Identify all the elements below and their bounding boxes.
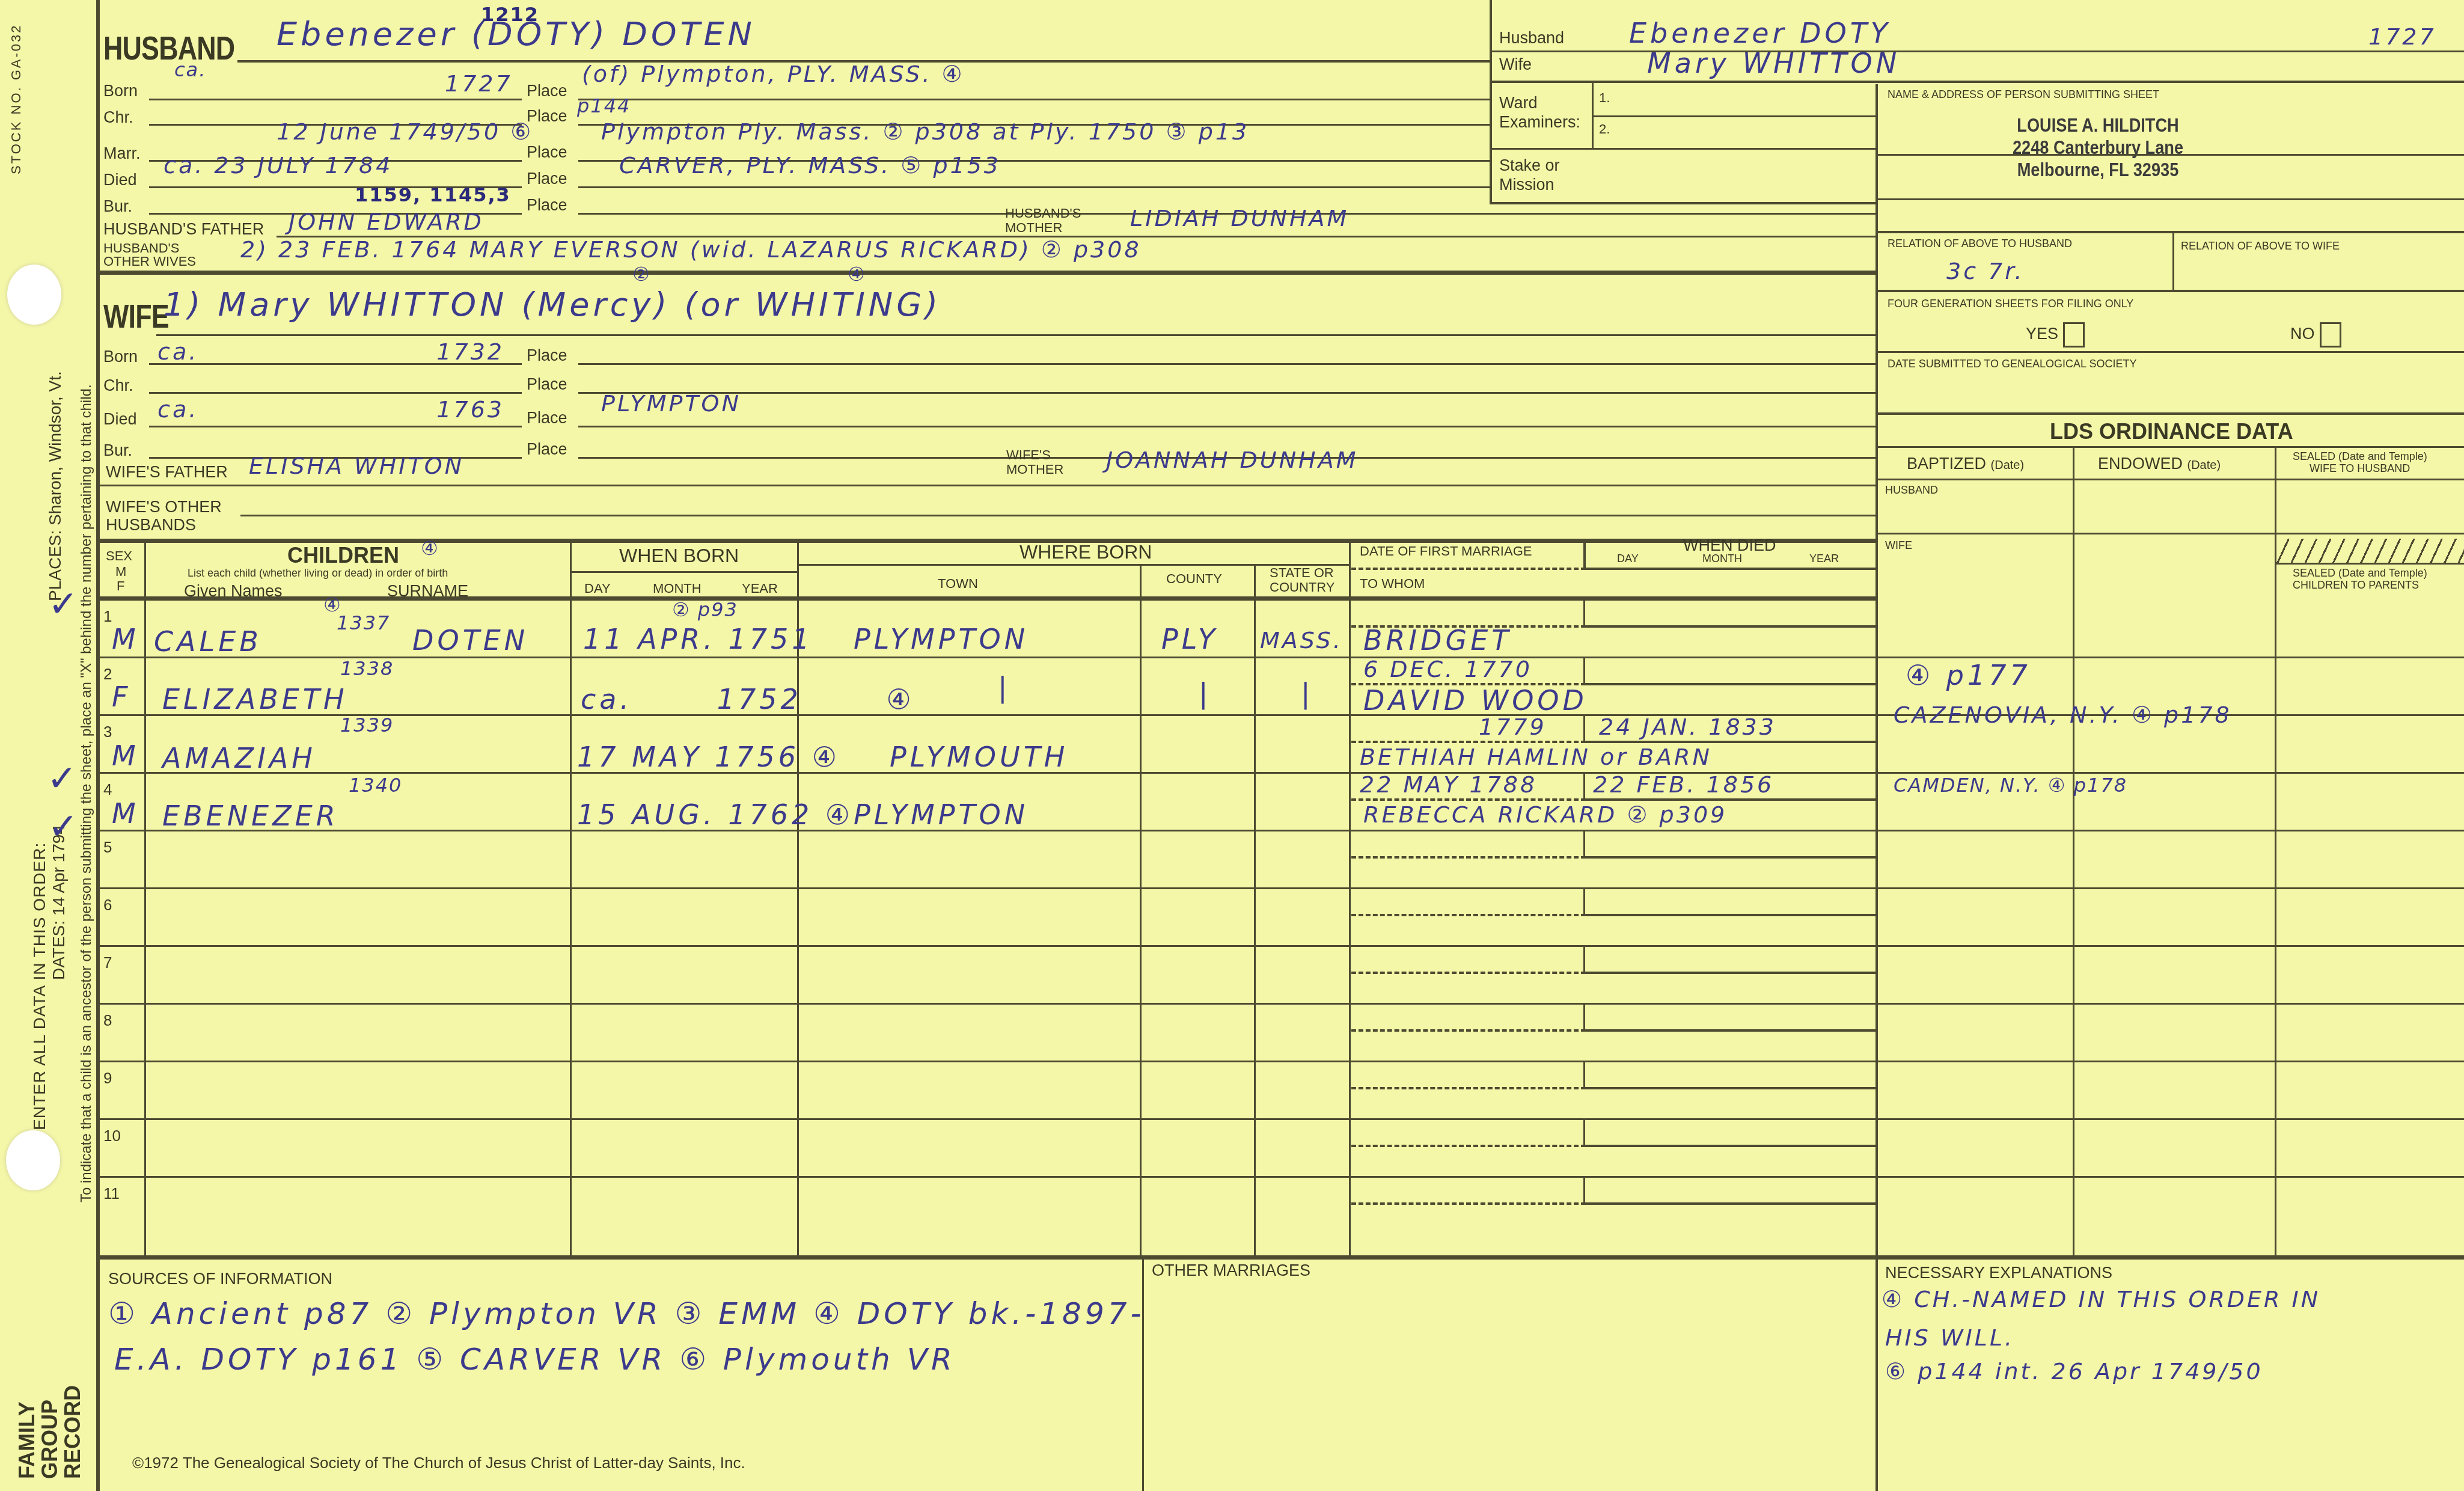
husband-died-label: Died: [103, 172, 137, 188]
date-submitted-label: DATE SUBMITTED TO GENEALOGICAL SOCIETY: [1888, 358, 2136, 369]
row-number: 3: [103, 723, 112, 741]
died-box-left: [1583, 1061, 1585, 1088]
side-dates: DATES: 14 Apr 1794: [49, 825, 69, 980]
died-box-left: [1583, 1003, 1585, 1030]
header-husband-year[interactable]: 1727: [2368, 25, 2436, 48]
child-sex[interactable]: F: [112, 683, 131, 711]
husband-marr-place-annotation: p144: [577, 96, 631, 115]
left-border: [96, 0, 100, 1491]
marriage-dash: [1351, 1029, 1586, 1032]
header-husband-line: [1490, 51, 2464, 52]
died-box-bottom: [1583, 1087, 1876, 1089]
when-born-subline: [570, 571, 797, 573]
child-id: 1339: [340, 715, 394, 735]
row-number: 9: [103, 1069, 112, 1088]
row-line: [100, 657, 2464, 658]
child-ordinance[interactable]: CAZENOVIA, N.Y. ④ p178: [1894, 703, 2232, 726]
husband-father[interactable]: JOHN EDWARD: [289, 210, 484, 233]
four-gen-label: FOUR GENERATION SHEETS FOR FILING ONLY: [1888, 298, 2133, 309]
died-box-bottom: [1583, 914, 1876, 916]
wife-father-label: WIFE'S FATHER: [106, 464, 228, 480]
relation-bottom: [1876, 290, 2464, 292]
hatch-line: [2276, 563, 2464, 565]
child-ordinance[interactable]: CAMDEN, N.Y. ④ p178: [1894, 776, 2127, 795]
children-header-annotation: ④: [421, 539, 439, 558]
died-box-left: [1583, 599, 1585, 626]
submitter-city: Melbourne, FL 32935: [2006, 159, 2190, 181]
row-number: 4: [103, 780, 112, 799]
stake-bottom: [1490, 202, 1876, 204]
header-wife-line: [1490, 81, 2464, 83]
wife-section-bottom: [100, 539, 1876, 543]
husband-born-place-label: Place: [527, 83, 567, 99]
children-header: CHILDREN: [287, 545, 399, 566]
sealed-children-header-2: CHILDREN TO PARENTS: [2293, 580, 2419, 590]
died-box-bottom: [1583, 856, 1876, 859]
sources-line-2[interactable]: E.A. DOTY p161 ⑤ CARVER VR ⑥ Plymouth VR: [114, 1344, 956, 1374]
ordinance-title: LDS ORDINANCE DATA: [2050, 421, 2293, 442]
wife-chr-label: Chr.: [103, 378, 133, 394]
died-month-header: MONTH: [1702, 553, 1742, 564]
wife-died-place-label: Place: [527, 410, 567, 426]
col-county: [1254, 565, 1256, 1257]
child-county[interactable]: PLY: [1161, 625, 1218, 653]
where-born-header: WHERE BORN: [1020, 542, 1152, 562]
wife-born-place-line: [578, 363, 1876, 365]
marriage-dash: [1351, 798, 1586, 801]
marriage-dash: [1351, 625, 1586, 628]
born-day-header: DAY: [584, 582, 611, 595]
row-line: [100, 945, 2464, 947]
child-spouse[interactable]: BRIDGET: [1363, 626, 1512, 654]
wife-other-husbands-line: [240, 515, 1876, 516]
husband-born-prefix[interactable]: ca.: [174, 60, 206, 79]
sex-header-2: M: [115, 565, 126, 578]
child-born[interactable]: 15 AUG. 1762 ④: [577, 801, 854, 828]
born-year-header: YEAR: [742, 582, 778, 595]
husband-other-wives-label-2: OTHER WIVES: [103, 255, 196, 268]
punch-hole-top: [7, 265, 61, 325]
submitter-label: NAME & ADDRESS OF PERSON SUBMITTING SHEE…: [1888, 89, 2159, 100]
stake-label-1: Stake or: [1499, 158, 1560, 174]
to-whom-header: TO WHOM: [1360, 577, 1425, 590]
child-sex[interactable]: M: [112, 742, 139, 770]
ward-line-1: [1592, 115, 1876, 117]
ward-examiner-2[interactable]: 2.: [1599, 123, 1610, 136]
born-month-header: MONTH: [653, 582, 702, 595]
stake-label-2: Mission: [1499, 177, 1555, 193]
husband-section-bottom: [100, 271, 1876, 275]
child-given-name[interactable]: EBENEZER: [162, 802, 339, 830]
husband-bur-place-label: Place: [527, 197, 567, 213]
form-title: FAMILY GROUP RECORD: [16, 1323, 84, 1479]
four-gen-no[interactable]: NO: [2290, 322, 2341, 347]
col-names: [570, 541, 572, 1257]
child-marriage-date[interactable]: 22 MAY 1788: [1360, 773, 1537, 796]
baptized-label: BAPTIZED: [1907, 455, 1986, 473]
children-header-bottom: [100, 596, 1876, 601]
marriage-dash: [1351, 1202, 1586, 1205]
child-marriage-date[interactable]: 6 DEC. 1770: [1363, 658, 1532, 681]
relation-husband-label: RELATION OF ABOVE TO HUSBAND: [1888, 238, 2072, 249]
child-spouse[interactable]: DAVID WOOD: [1363, 687, 1588, 714]
child-given-name[interactable]: AMAZIAH: [162, 744, 316, 772]
sealed-wife-header-2: WIFE TO HUSBAND: [2310, 463, 2410, 474]
wife-name-annotation-1: ②: [632, 265, 651, 284]
wife-chr-line: [149, 392, 522, 394]
state-header-1: STATE OR: [1270, 566, 1334, 580]
child-state[interactable]: |: [1301, 679, 1314, 707]
submitter-name: LOUISE A. HILDITCH: [2006, 114, 2190, 136]
husband-father-label: HUSBAND'S FATHER: [103, 221, 264, 237]
endowed-label: ENDOWED: [2098, 455, 2183, 473]
other-marriages-label: OTHER MARRIAGES: [1152, 1263, 1310, 1279]
explanations-line-3[interactable]: ⑥ p144 int. 26 Apr 1749/50: [1885, 1360, 2263, 1383]
child-surname[interactable]: DOTEN: [412, 626, 528, 654]
wife-name[interactable]: 1) Mary WHITTON (Mercy) (or WHITING): [164, 289, 941, 321]
husband-other-wives-label-1: HUSBAND'S: [103, 242, 179, 255]
child-county[interactable]: |: [1199, 679, 1212, 707]
wife-died-line: [149, 426, 522, 427]
child-ordinance[interactable]: ④ p177: [1906, 661, 2031, 689]
child-spouse[interactable]: BETHIAH HAMLIN or BARN: [1360, 745, 1712, 768]
child-given-name[interactable]: ELIZABETH: [162, 685, 348, 713]
title-line: GROUP: [37, 1400, 62, 1479]
husband-died-place[interactable]: CARVER, PLY. MASS. ⑤ p153: [619, 154, 1001, 177]
header-divider: [1490, 0, 1492, 204]
sources-line-1[interactable]: ① Ancient p87 ② Plympton VR ③ EMM ④ DOTY…: [108, 1299, 1145, 1329]
husband-died-date[interactable]: ca. 23 JULY 1784: [164, 154, 393, 177]
yes-label: YES: [2026, 325, 2058, 343]
child-town[interactable]: |: [998, 673, 1011, 701]
ordinance-col-1: [2073, 446, 2074, 1258]
col-sex: [144, 541, 146, 1257]
submitter-line-2: [1876, 198, 2464, 200]
side-order: ENTER ALL DATA IN THIS ORDER:: [30, 842, 49, 1130]
child-id: 1338: [340, 659, 394, 678]
ward-label-1: Ward: [1499, 95, 1538, 111]
four-gen-bottom: [1876, 351, 2464, 353]
children-note: List each child (whether living or dead)…: [188, 568, 448, 578]
side-places: PLACES: Sharon, Windsor, Vt.: [46, 371, 65, 601]
wife-died-place[interactable]: PLYMPTON: [601, 392, 741, 415]
ordinance-wife-row: WIFE: [1885, 540, 1912, 551]
husband-mother[interactable]: LIDIAH DUNHAM: [1130, 207, 1349, 230]
relation-wife-label: RELATION OF ABOVE TO WIFE: [2181, 240, 2340, 251]
died-box-bottom: [1583, 798, 1876, 801]
died-box-left: [1583, 772, 1585, 800]
explanations-line-2[interactable]: HIS WILL.: [1885, 1326, 2014, 1349]
row-line: [100, 1118, 2464, 1120]
child-born[interactable]: 17 MAY 1756 ④: [577, 743, 840, 771]
wife-father[interactable]: ELISHA WHITON: [249, 455, 464, 477]
child-sex[interactable]: M: [112, 800, 139, 827]
wife-parents-line: [100, 485, 1876, 486]
wife-other-husbands-label-2: HUSBANDS: [106, 517, 196, 533]
row-line: [100, 1003, 2464, 1005]
wife-mother-label-1: WIFE'S: [1006, 449, 1051, 462]
sources-label: SOURCES OF INFORMATION: [108, 1271, 332, 1287]
when-died-header: WHEN DIED: [1683, 537, 1776, 554]
died-box-left: [1583, 830, 1585, 857]
ward-divider: [1592, 82, 1594, 148]
row-number: 5: [103, 838, 112, 857]
died-box-left: [1583, 714, 1585, 742]
four-gen-yes[interactable]: YES: [2026, 322, 2085, 347]
wife-born-line: [149, 363, 522, 365]
when-died-bottom: [1583, 568, 1876, 570]
yes-checkbox[interactable]: [2063, 322, 2085, 347]
wife-bur-place-label: Place: [527, 441, 567, 458]
died-box-bottom: [1583, 1029, 1876, 1032]
row-number: 10: [103, 1127, 121, 1145]
husband-marr-label: Marr.: [103, 145, 141, 162]
explanations-label: NECESSARY EXPLANATIONS: [1885, 1265, 2112, 1281]
wife-name-annotation-2: ④: [848, 265, 866, 284]
row-number: 7: [103, 954, 112, 972]
no-checkbox[interactable]: [2320, 322, 2341, 347]
state-header-2: COUNTRY: [1270, 581, 1334, 594]
child-died[interactable]: 24 JAN. 1833: [1599, 715, 1776, 738]
title-line: FAMILY: [14, 1402, 39, 1479]
husband-bur-label: Bur.: [103, 198, 132, 215]
col-town: [1140, 565, 1142, 1257]
ordinance-header-line: [1876, 479, 2464, 480]
wife-born-place-label: Place: [527, 347, 567, 364]
town-header: TOWN: [938, 577, 978, 590]
copyright: ©1972 The Genealogical Society of The Ch…: [132, 1455, 745, 1471]
row-number: 1: [103, 607, 112, 626]
died-box-bottom: [1583, 625, 1876, 628]
husband-name-annotation: 1212: [481, 5, 539, 24]
ordinance-title-line: [1876, 446, 2464, 448]
wife-born-date[interactable]: ca. 1732: [157, 340, 504, 363]
submitter-line-1: [1876, 154, 2464, 156]
husband-born-line: [149, 99, 522, 100]
wife-name-line: [156, 334, 1876, 336]
wife-died-label: Died: [103, 411, 137, 427]
ward-label-2: Examiners:: [1499, 114, 1580, 130]
header-husband-label: Husband: [1499, 30, 1564, 46]
sealed-wife-header-1: SEALED (Date and Temple): [2293, 451, 2427, 462]
child-town[interactable]: PLYMOUTH: [890, 743, 1068, 771]
no-label: NO: [2290, 325, 2315, 343]
husband-mother-label-1: HUSBAND'S: [1005, 207, 1081, 220]
relation-divider: [2172, 232, 2174, 290]
col-state: [1349, 541, 1351, 1257]
child-born[interactable]: ca. 1752 ④: [581, 685, 915, 713]
child-sex[interactable]: M: [112, 625, 139, 653]
child-spouse[interactable]: REBECCA RICKARD ② p309: [1363, 803, 1727, 826]
husband-section-label: HUSBAND: [103, 31, 234, 65]
ancestor-check-mark: ✓: [48, 806, 78, 848]
died-box-bottom: [1583, 972, 1876, 974]
child-town[interactable]: PLYMPTON: [854, 625, 1029, 653]
first-marriage-header: DATE OF FIRST MARRIAGE: [1360, 545, 1532, 558]
header-wife-value[interactable]: Mary WHITTON: [1647, 49, 1900, 77]
col-ordinance-left: [1876, 541, 1877, 1257]
husband-died-place-line: [578, 186, 1490, 188]
child-marriage-date[interactable]: 1779: [1479, 715, 1547, 738]
date-note: (Date): [2187, 459, 2221, 472]
marriage-dash: [1351, 1087, 1586, 1089]
row-number: 8: [103, 1011, 112, 1030]
header-husband-value[interactable]: Ebenezer DOTY: [1629, 19, 1891, 47]
wife-chr-place-label: Place: [527, 376, 567, 393]
sealed-children-header-1: SEALED (Date and Temple): [2293, 568, 2427, 578]
husband-born-place[interactable]: (of) Plympton, PLY. MASS. ④: [582, 63, 965, 85]
endowed-header: ENDOWED (Date): [2098, 456, 2221, 472]
ordinance-husband-row: HUSBAND: [1885, 485, 1938, 495]
marriage-dash: [1351, 914, 1586, 916]
husband-marr-place[interactable]: Plympton Ply. Mass. ② p308 at Ply. 1750 …: [601, 120, 1249, 143]
county-header: COUNTY: [1166, 572, 1222, 586]
where-born-subline: [797, 564, 1349, 566]
when-born-header: WHEN BORN: [619, 546, 739, 565]
date-note: (Date): [1991, 459, 2025, 472]
husband-father-annotation: 1159, 1145,3: [355, 185, 511, 204]
explanations-line-1[interactable]: ④ CH.-NAMED IN THIS ORDER IN: [1882, 1288, 2320, 1311]
died-day-header: DAY: [1617, 553, 1639, 564]
wife-born-label: Born: [103, 349, 138, 365]
child-id: 1337: [337, 613, 390, 632]
husband-other-wives[interactable]: 2) 23 FEB. 1764 MARY EVERSON (wid. LAZAR…: [240, 238, 1142, 261]
row-line: [100, 887, 2464, 889]
husband-marr-date[interactable]: 12 June 1749/50 ⑥: [277, 120, 533, 143]
submitter-stamp: LOUISE A. HILDITCH 2248 Canterbury Lane …: [2006, 114, 2190, 180]
children-table-bottom: [100, 1255, 2464, 1260]
when-died-left: [1583, 541, 1586, 570]
died-box-left: [1583, 657, 1585, 684]
husband-died-place-label: Place: [527, 171, 567, 187]
row-number: 6: [103, 896, 112, 914]
died-box-bottom: [1583, 1202, 1876, 1205]
submitter-bottom: [1876, 231, 2464, 233]
relation-husband-value[interactable]: 3c 7r.: [1946, 260, 2025, 283]
died-box-left: [1583, 1176, 1585, 1204]
header-wife-label: Wife: [1499, 57, 1532, 73]
wife-section-label: WIFE: [103, 299, 169, 333]
died-year-header: YEAR: [1809, 553, 1839, 564]
child-born-note: ② p93: [672, 600, 738, 619]
footer-divider-1: [1142, 1257, 1144, 1491]
marriage-dash: [1351, 741, 1586, 743]
wife-other-husbands-label-1: WIFE'S OTHER: [106, 499, 222, 515]
child-id: 1340: [349, 776, 402, 795]
wife-chr-place-line: [578, 392, 1876, 394]
marriage-dash: [1351, 856, 1586, 859]
wife-died-place-line: [578, 426, 1876, 427]
stock-number: STOCK NO. GA-032: [8, 23, 24, 174]
husband-chr-label: Chr.: [103, 109, 133, 126]
died-box-left: [1583, 1118, 1585, 1146]
sealed-hatch: [2276, 539, 2464, 563]
row-line: [100, 1061, 2464, 1062]
wife-died-date[interactable]: ca. 1763: [157, 398, 504, 421]
first-marriage-dash: [1351, 568, 1586, 570]
date-submitted-bottom: [1876, 412, 2464, 415]
husband-marr-place-label: Place: [527, 144, 567, 161]
ancestor-check-mark: ✓: [48, 583, 78, 625]
row-number: 11: [103, 1184, 120, 1203]
row-number: 2: [103, 665, 112, 684]
child-state[interactable]: MASS.: [1260, 629, 1343, 652]
child-born[interactable]: 11 APR. 1751: [583, 625, 813, 653]
ordinance-husband-line: [1876, 533, 2464, 534]
ordinance-col-2: [2275, 446, 2276, 1258]
marriage-dash: [1351, 972, 1586, 974]
died-box-left: [1583, 945, 1585, 973]
died-box-left: [1583, 887, 1585, 915]
wife-mother-label-2: MOTHER: [1006, 463, 1063, 476]
wife-mother[interactable]: JOANNAH DUNHAM: [1106, 449, 1358, 471]
child-id-note: ④: [323, 595, 342, 614]
child-died[interactable]: 22 FEB. 1856: [1593, 773, 1774, 796]
side-instructions: To indicate that a child is an ancestor …: [78, 384, 95, 1202]
died-box-bottom: [1583, 741, 1876, 743]
sex-header-3: F: [117, 580, 124, 593]
husband-born-place-line: [578, 99, 1490, 100]
title-line: RECORD: [60, 1385, 85, 1479]
child-given-name[interactable]: CALEB: [154, 628, 262, 655]
ward-line-2: [1490, 148, 1876, 150]
husband-born-date[interactable]: 1727: [445, 72, 513, 95]
husband-mother-label-2: MOTHER: [1005, 221, 1062, 234]
sex-header-1: SEX: [106, 550, 132, 563]
ward-examiner-1[interactable]: 1.: [1599, 91, 1610, 105]
husband-born-label: Born: [103, 83, 138, 99]
baptized-header: BAPTIZED (Date): [1907, 456, 2024, 472]
row-line: [100, 830, 2464, 831]
punch-hole-bottom: [6, 1130, 60, 1190]
wife-bur-label: Bur.: [103, 442, 132, 459]
died-box-bottom: [1583, 683, 1876, 685]
row-line: [100, 1176, 2464, 1178]
child-town[interactable]: PLYMPTON: [854, 801, 1029, 828]
ancestor-check-mark: ✓: [47, 758, 77, 800]
died-box-bottom: [1583, 1145, 1876, 1147]
marriage-dash: [1351, 1145, 1586, 1147]
